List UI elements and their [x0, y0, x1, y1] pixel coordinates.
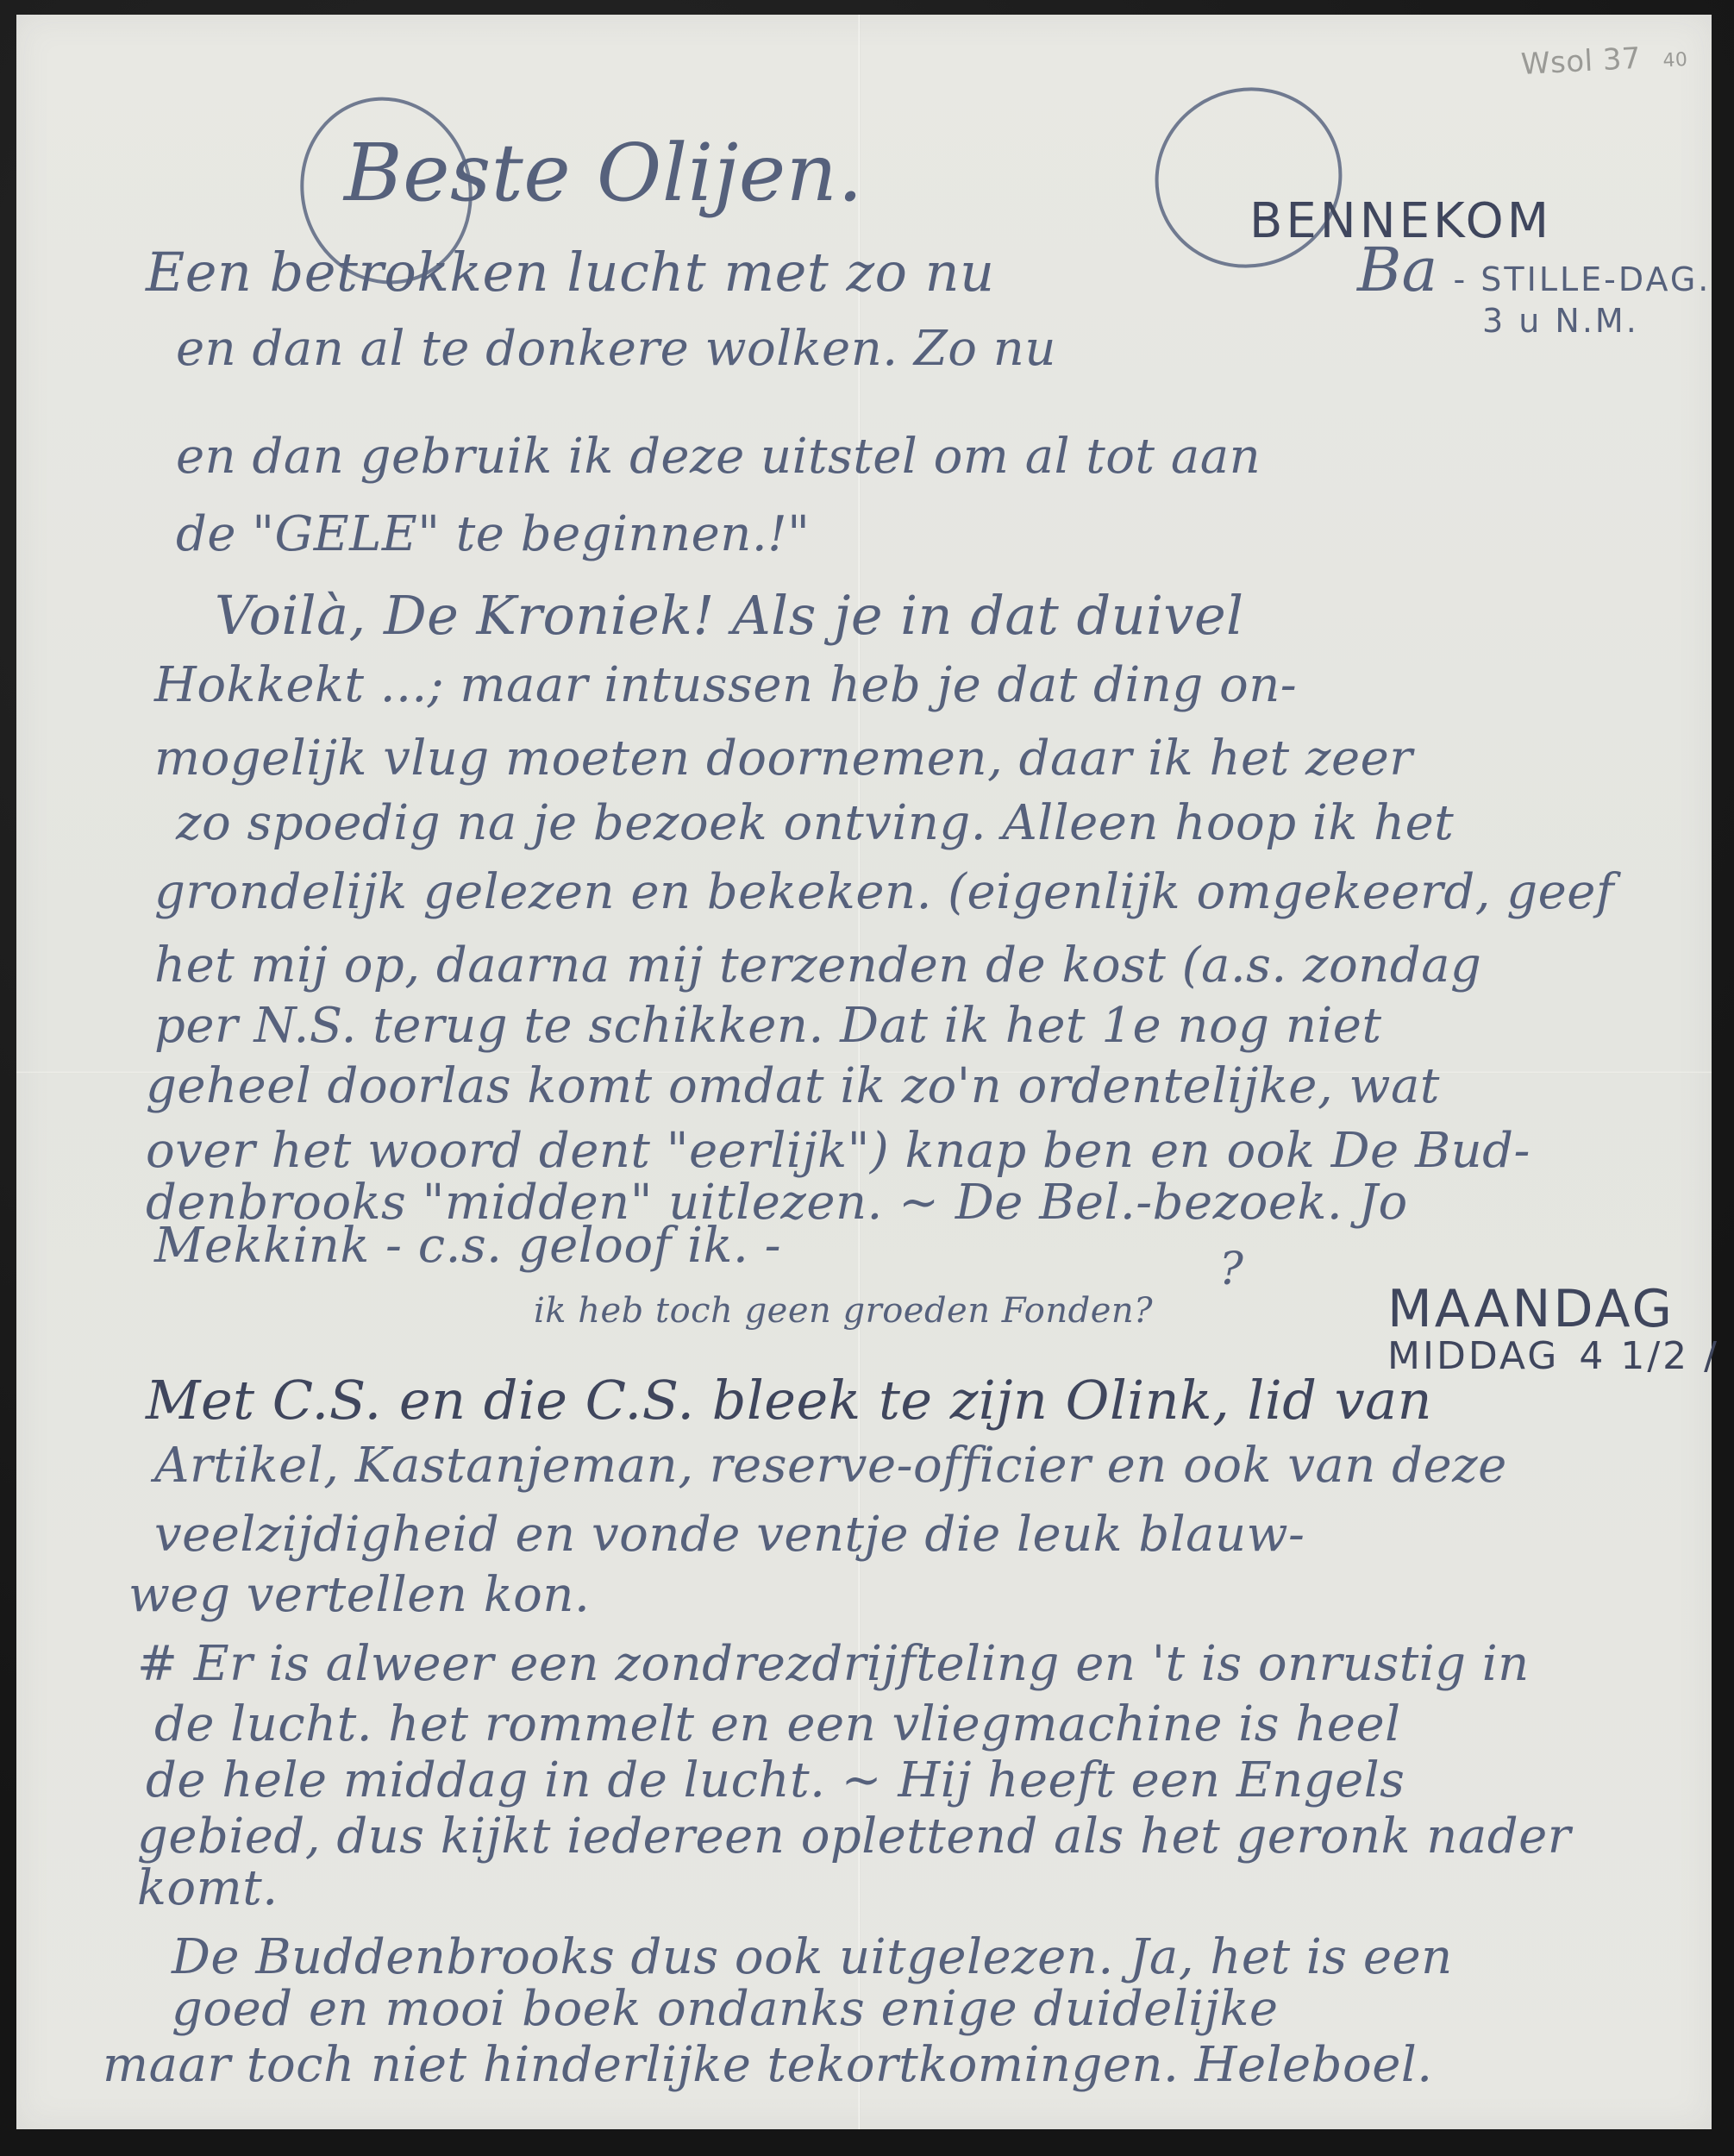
body-line: grondelijk gelezen en bekeken. (eigenlij…: [154, 864, 1614, 920]
body-line: Een betrokken lucht met zo nu: [146, 241, 995, 304]
body-line: De Buddenbrooks dus ook uitgelezen. Ja, …: [172, 1929, 1453, 1985]
date-day: - STILLE-DAG.: [1454, 260, 1712, 298]
archive-number: 40: [1662, 49, 1688, 72]
body-line: veelzijdigheid en vonde ventje die leuk …: [154, 1507, 1305, 1563]
body-line: geheel doorlas komt omdat ik zo'n ordent…: [146, 1058, 1440, 1114]
body-line: gebied, dus kijkt iedereen oplettend als…: [137, 1808, 1571, 1865]
body-line: # Er is alweer een zondrezdrijfteling en…: [137, 1636, 1530, 1692]
body-line: en dan al te donkere wolken. Zo nu: [176, 321, 1056, 377]
second-entry-date-fraction: 4 1/2 / 5: [1579, 1334, 1734, 1378]
second-entry-time: MIDDAG 4 1/2 / 5: [1387, 1337, 1734, 1376]
body-line: weg vertellen kon.: [128, 1567, 590, 1623]
body-line: Hokkekt ...; maar intussen heb je dat di…: [154, 657, 1297, 713]
body-line: over het woord dent "eerlijk") knap ben …: [146, 1123, 1531, 1179]
question-mark-note: ?: [1219, 1244, 1243, 1295]
body-line: Voilà, De Kroniek! Als je in dat duivel: [215, 584, 1243, 647]
salutation: Beste Olijen.: [344, 127, 863, 219]
aside-note: ik heb toch geen groeden Fonden?: [534, 1291, 1153, 1331]
body-line: en dan gebruik ik deze uitstel om al tot…: [176, 429, 1261, 485]
body-line: goed en mooi boek ondanks enige duidelij…: [172, 1981, 1279, 2037]
date-line: Ba - STILLE-DAG.: [1357, 235, 1711, 305]
body-line: de "GELE" te beginnen.!": [176, 506, 810, 562]
date-time: 3 u N.M.: [1482, 302, 1639, 340]
archive-note-text: Wsol 37: [1520, 41, 1642, 82]
body-line: Mekkink - c.s. geloof ik. -: [154, 1218, 781, 1274]
body-line: Artikel, Kastanjeman, reserve-officier e…: [154, 1438, 1507, 1494]
letter-page: Wsol 37 40 Beste Olijen. BENNEKOM Ba - S…: [16, 15, 1712, 2129]
body-line: zo spoedig na je bezoek ontving. Alleen …: [176, 795, 1454, 851]
body-line: de lucht. het rommelt en een vliegmachin…: [154, 1696, 1401, 1752]
date-prefix: Ba: [1357, 235, 1437, 305]
second-entry-day: MAANDAG: [1387, 1282, 1734, 1337]
archive-note: Wsol 37 40: [1520, 39, 1688, 82]
body-line: de hele middag in de lucht. ~ Hij heeft …: [146, 1752, 1405, 1808]
body-line: maar toch niet hinderlijke tekortkominge…: [103, 2037, 1433, 2093]
second-entry-date: MAANDAG MIDDAG 4 1/2 / 5: [1387, 1282, 1734, 1376]
body-line: komt.: [137, 1860, 279, 1916]
body-line: het mij op, daarna mij terzenden de kost…: [154, 937, 1481, 993]
body-line: per N.S. terug te schikken. Dat ik het 1…: [154, 998, 1381, 1054]
body-line: mogelijk vlug moeten doornemen, daar ik …: [154, 730, 1413, 787]
body-line: Met C.S. en die C.S. bleek te zijn Olink…: [146, 1369, 1432, 1432]
